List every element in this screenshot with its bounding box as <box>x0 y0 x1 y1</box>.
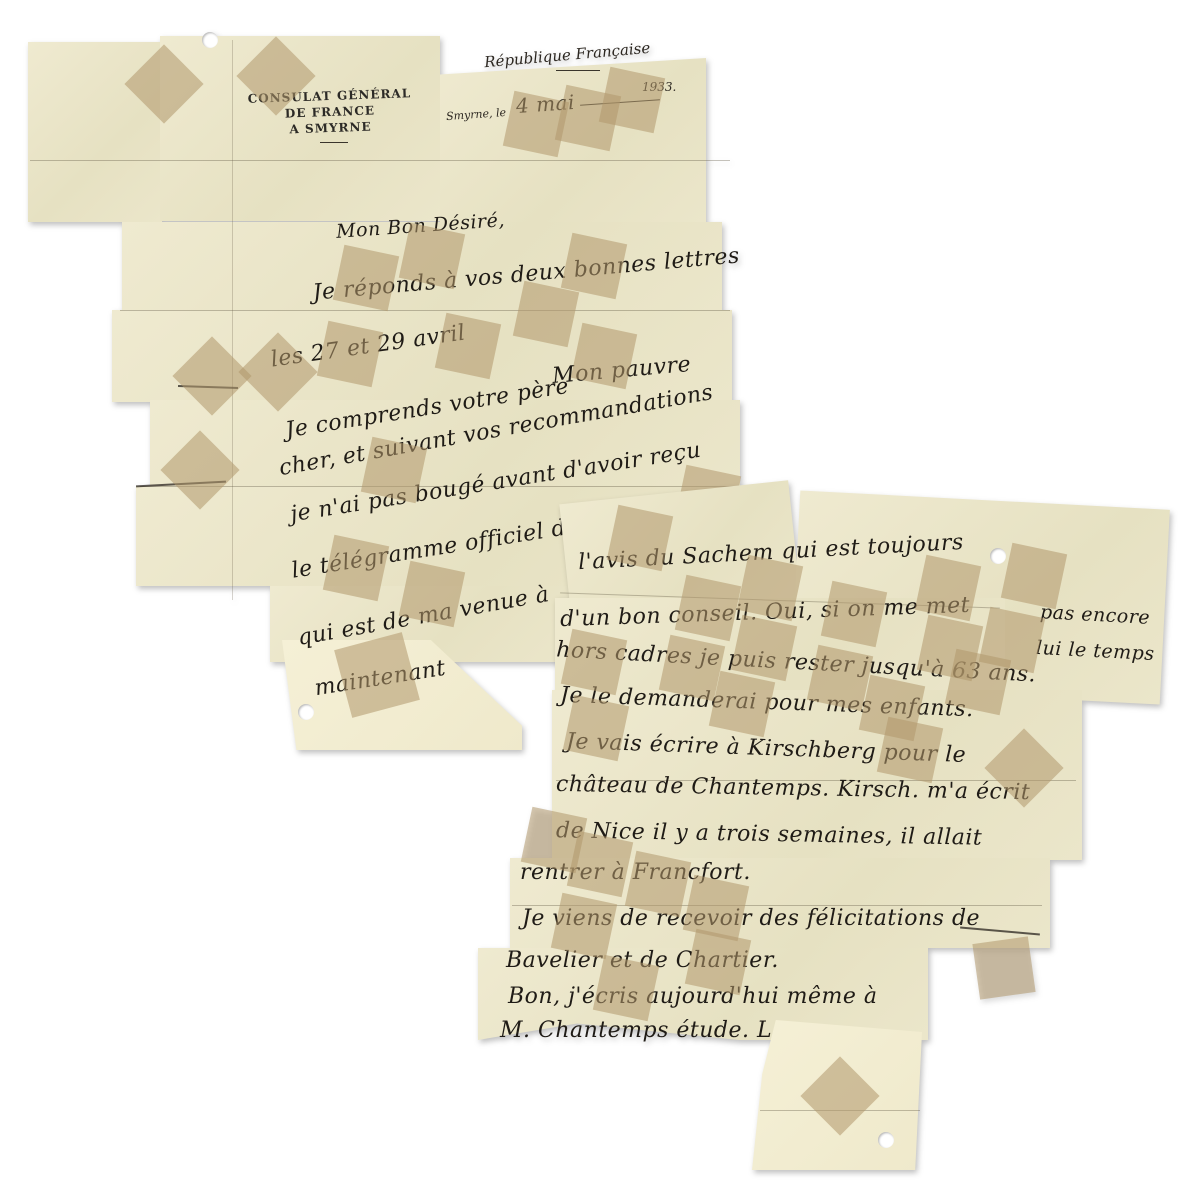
letter-line: M. Chantemps étude. L <box>500 1018 772 1043</box>
tape-piece <box>675 575 741 641</box>
tape-piece <box>737 555 803 621</box>
tape-piece <box>731 615 797 681</box>
tape-piece <box>1001 543 1067 609</box>
letter-line: Bon, j'écris aujourd'hui même à <box>508 984 878 1009</box>
tape-piece <box>915 555 981 621</box>
tape-piece <box>685 929 751 995</box>
tape-piece <box>551 893 617 959</box>
tape-piece <box>945 649 1011 715</box>
tape-piece <box>563 695 629 761</box>
tape-piece <box>972 936 1035 999</box>
tape-piece <box>877 717 943 783</box>
tape-piece <box>625 851 691 917</box>
tape-piece <box>607 505 673 571</box>
punch-hole <box>878 1132 894 1148</box>
tape-piece <box>567 831 633 897</box>
punch-hole <box>990 548 1006 564</box>
tape-piece <box>807 645 873 711</box>
tape-piece <box>683 875 749 941</box>
letter-sheet-2: l'avis du Sachem qui est toujours d'un b… <box>0 0 1200 1192</box>
tape-piece <box>821 581 887 647</box>
tape-piece <box>593 955 659 1021</box>
tape-piece <box>709 671 775 737</box>
tape-piece <box>561 629 627 695</box>
